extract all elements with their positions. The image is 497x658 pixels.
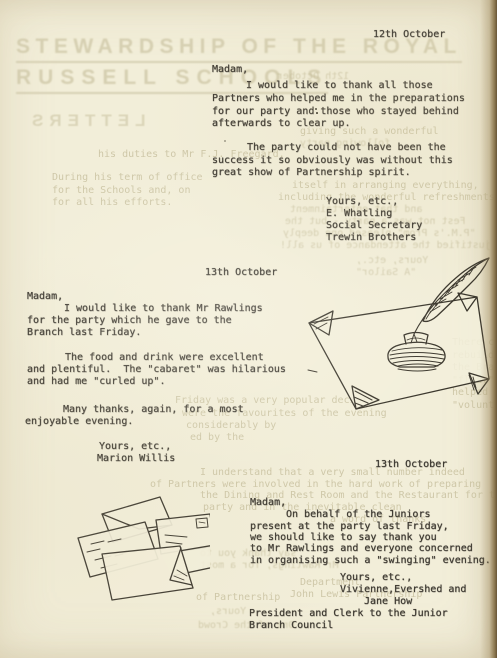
typed-line: success it so obviously was without this [212, 155, 453, 166]
typed-line: E. Whatling [326, 208, 392, 219]
typed-line: Vivienne,Evershed and [340, 584, 466, 595]
typed-line: Madam, [27, 291, 63, 302]
typed-line: Yours, etc., [340, 572, 412, 583]
typed-line: 13th October [205, 267, 277, 278]
typed-line: I would like to thank Mr Rawlings [64, 303, 263, 314]
typed-line: 13th October [375, 459, 447, 470]
typed-line: Jane How [364, 596, 412, 607]
typed-line: On behalf of the Juniors [286, 509, 431, 520]
typed-line: Yours, etc., [99, 441, 171, 452]
typed-line: I would like to thank all those [246, 80, 433, 91]
ink-speck [224, 140, 226, 142]
typed-line: enjoyable evening. [25, 416, 133, 427]
typed-line: 12th October [373, 29, 445, 40]
page-edge-shadow [480, 0, 497, 658]
typed-line: President and Clerk to the Junior [249, 608, 448, 619]
typed-line: and plentiful. The "cabaret" was hilario… [27, 364, 286, 375]
typed-line: Many thanks, again, for a most [63, 404, 244, 415]
typed-line: we should like to say thank you [250, 532, 437, 543]
typed-line: afterwards to clear up. [212, 118, 350, 129]
typed-line: Social Secretary [326, 220, 422, 231]
typed-line: Madam, [250, 497, 286, 508]
typed-line: Partners who helped me in the preparatio… [212, 93, 465, 104]
typed-line: Branch Council [249, 620, 333, 631]
typed-line: Marion Willis [97, 453, 175, 464]
typed-line: present at the party last Friday, [250, 521, 449, 532]
typed-line: in organising such a "swinging" evening. [250, 555, 491, 566]
ink-speck [315, 108, 317, 110]
typed-line: to Mr Rawlings and everyone concerned [250, 543, 473, 554]
typed-line: Madam, [212, 64, 248, 75]
ink-speck [316, 112, 318, 114]
typed-line: The food and drink were excellent [65, 352, 264, 363]
typed-line: great show of Partnership spirit. [212, 167, 411, 178]
typed-line: The party could not have been the [247, 142, 446, 153]
typed-line: Trewin Brothers [326, 232, 416, 243]
typed-line: for our party and those who stayed behin… [212, 106, 459, 117]
typed-line: for the party which he gave to the [27, 315, 232, 326]
letters-layer: 12th OctoberMadam,I would like to thank … [0, 0, 497, 658]
typed-line: and had me "curled up". [27, 376, 165, 387]
typed-line: Branch last Friday. [27, 327, 141, 338]
scanned-letters-page: STEWARDSHIP OF THE ROYALRUSSELL SCHOOLSL… [0, 0, 497, 658]
typed-line: Yours, etc., [326, 196, 398, 207]
